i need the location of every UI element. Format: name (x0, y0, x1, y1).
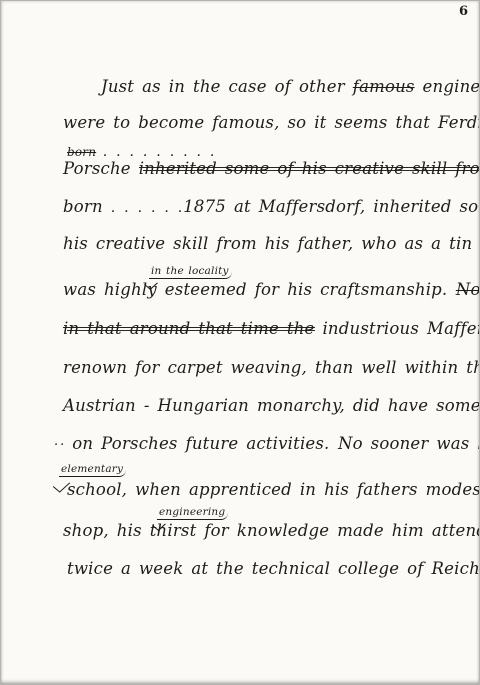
line-text: industrious Maffersdorf (315, 319, 480, 338)
manuscript-line: engineering shop, his thirst for knowled… (63, 521, 480, 541)
manuscript-line: renown for carpet weaving, than well wit… (63, 358, 480, 378)
line-text: shop, his thirst for (63, 521, 229, 540)
manuscript-line: his creative skill from his father, who … (63, 234, 480, 254)
manuscript-line: ..on Porsches future activities. No soon… (54, 434, 480, 454)
line-text: Just as in the case of other (101, 77, 353, 96)
manuscript-line: Porsche inherited some of his creative s… (63, 159, 480, 179)
line-text: Austrian - Hungarian monarchy, did have … (63, 396, 480, 415)
line-text: renown for carpet weaving, than well wit… (63, 358, 480, 377)
line-text: born (63, 197, 111, 216)
line-text: school, when apprenticed in his fathers … (67, 480, 480, 499)
line-text: Porsche (63, 159, 139, 178)
line-text: for his craftsmanship. (247, 280, 456, 299)
margin-dots: .. (54, 434, 66, 449)
manuscript-line: twice a week at the technical college of… (67, 559, 480, 579)
line-text: 1875 at Maffersdorf, inherited some of (183, 197, 480, 216)
manuscript-line: elementary school, when apprenticed in h… (67, 480, 480, 500)
manuscript-line: born . . . . . .1875 at Maffersdorf, inh… (63, 197, 480, 217)
manuscript-line: in that around that time the industrious… (63, 319, 480, 339)
page-number: 6 (459, 4, 468, 19)
struck-text: famous (353, 77, 415, 96)
dotted-blank: . . . . . . . . . (103, 144, 216, 160)
struck-text: No doubt (456, 280, 480, 299)
manuscript-line: Just as in the case of other famous engi… (101, 77, 480, 97)
line-text: knowledge made him attend classes (229, 521, 480, 540)
insertion-note: elementary (59, 463, 126, 477)
insertion-note: in the locality (149, 265, 232, 279)
manuscript-page: 6 Just as in the case of other famous en… (0, 0, 480, 685)
insertion-note: engineering (157, 506, 228, 520)
line-text: twice a week at the technical college of… (67, 559, 480, 578)
line-text: his creative skill from his father, who … (63, 234, 480, 253)
dotted-blank: . . . . . . (111, 200, 183, 216)
struck-text: in that around that time the (63, 319, 315, 338)
manuscript-line: were to become famous, so it seems that … (63, 113, 480, 133)
line-text: were to become famous, so it seems that … (63, 113, 480, 132)
line-text: engineers which (415, 77, 480, 96)
manuscript-line: in the locality was highly esteemed for … (63, 280, 480, 300)
struck-text: born (67, 145, 96, 159)
manuscript-line: Austrian - Hungarian monarchy, did have … (63, 396, 480, 416)
line-text: on Porsches future activities. No sooner… (72, 434, 480, 453)
struck-text: inherited some of his creative skill fro… (139, 159, 480, 178)
